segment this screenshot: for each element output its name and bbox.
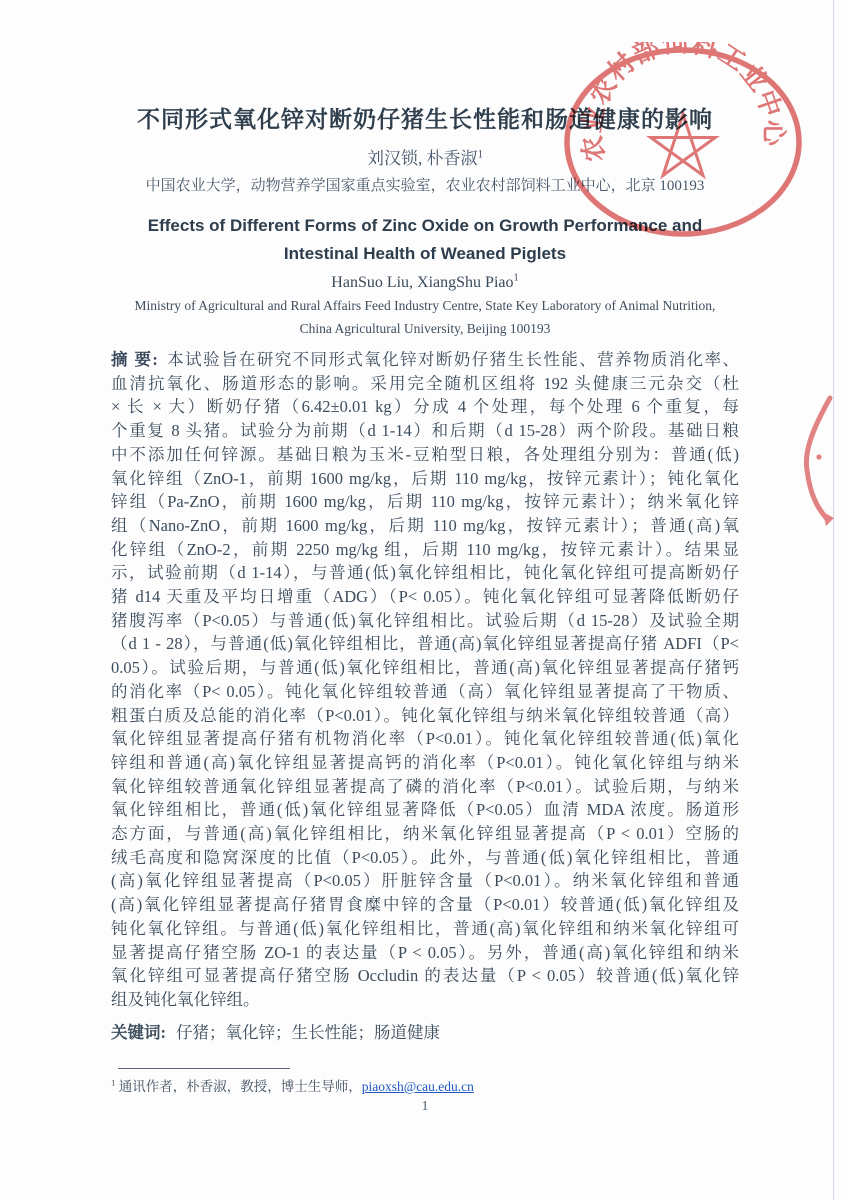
abstract-line: 中不添加任何锌源。基础日粮为玉米-豆粕型日粮，各处理组分别为：普通(低) bbox=[111, 443, 739, 467]
abstract-line: 猪 d14 天重及平均日增重（ADG）（P< 0.05）。钝化氧化锌组可显著降低… bbox=[111, 585, 739, 609]
abstract-line: 氧化锌组可显著提高仔猪空肠 Occludin 的表达量（P < 0.05）较普通… bbox=[111, 964, 739, 988]
authors-zh-superscript: 1 bbox=[477, 148, 483, 160]
keywords-label: 关键词: bbox=[111, 1023, 166, 1042]
abstract-label: 摘 要: bbox=[111, 350, 158, 369]
footnote-divider bbox=[118, 1068, 290, 1069]
abstract-line: 钝化氧化锌组。与普通(低)氧化锌组相比，普通(高)氧化锌组和纳米氧化锌组可 bbox=[111, 917, 739, 941]
abstract-line: × 长 × 大）断奶仔猪（6.42±0.01 kg）分成 4 个处理，每个处理 … bbox=[111, 395, 739, 419]
abstract-body: 血清抗氧化、肠道形态的影响。采用完全随机区组将 192 头健康三元杂交（杜× 长… bbox=[111, 372, 739, 1012]
abstract-first-line: 摘 要:本试验旨在研究不同形式氧化锌对断奶仔猪生长性能、营养物质消化率、 bbox=[111, 348, 739, 372]
stamp-fragment bbox=[790, 390, 848, 530]
paper-title-en-line2: Intestinal Health of Weaned Piglets bbox=[111, 240, 739, 268]
abstract-line: 锌组和普通(高)氧化锌组显著提高钙的消化率（P<0.01）。钝化氧化锌组与纳米 bbox=[111, 751, 739, 775]
abstract-line: 氧化锌组（ZnO-1，前期 1600 mg/kg，后期 110 mg/kg，按锌… bbox=[111, 467, 739, 491]
abstract-line: 粗蛋白质及总能的消化率（P<0.01）。钝化氧化锌组与纳米氧化锌组较普通（高） bbox=[111, 704, 739, 728]
abstract-section: 摘 要:本试验旨在研究不同形式氧化锌对断奶仔猪生长性能、营养物质消化率、 血清抗… bbox=[111, 348, 739, 1012]
affiliation-en-line1: Ministry of Agricultural and Rural Affai… bbox=[111, 294, 739, 317]
page-number: 1 bbox=[111, 1098, 739, 1114]
abstract-line: 锌组（Pa-ZnO，前期 1600 mg/kg，后期 110 mg/kg，按锌元… bbox=[111, 490, 739, 514]
abstract-line: 组（Nano-ZnO，前期 1600 mg/kg，后期 110 mg/kg，按锌… bbox=[111, 514, 739, 538]
footnote-text: 通讯作者，朴香淑，教授，博士生导师， bbox=[119, 1079, 362, 1094]
abstract-line: 组及钝化氧化锌组。 bbox=[111, 988, 739, 1012]
abstract-line: 化锌组（ZnO-2，前期 2250 mg/kg 组，后期 110 mg/kg，按… bbox=[111, 538, 739, 562]
affiliation-en: Ministry of Agricultural and Rural Affai… bbox=[111, 294, 739, 340]
affiliation-en-line2: China Agricultural University, Beijing 1… bbox=[111, 317, 739, 340]
authors-zh: 刘汉锁, 朴香淑1 bbox=[111, 147, 739, 171]
abstract-line: 氧化锌组较普通氧化锌组显著提高了磷的消化率（P<0.01）。试验后期，与纳米 bbox=[111, 775, 739, 799]
stamp-fragment-arc bbox=[806, 398, 830, 520]
authors-en: HanSuo Liu, XiangShu Piao1 bbox=[111, 271, 739, 294]
footnote-marker: 1 bbox=[111, 1077, 115, 1087]
email-link[interactable]: piaoxsh@cau.edu.cn bbox=[362, 1079, 474, 1094]
abstract-line: 氧化锌组相比，普通(低)氧化锌组显著降低（P<0.05）血清 MDA 浓度。肠道… bbox=[111, 798, 739, 822]
abstract-line: 显著提高仔猪空肠 ZO-1 的表达量（P < 0.05）。另外，普通(高)氧化锌… bbox=[111, 941, 739, 965]
keywords-line: 关键词:仔猪；氧化锌；生长性能；肠道健康 bbox=[111, 1021, 739, 1045]
abstract-line: (高)氧化锌组显著提高（P<0.05）肝脏锌含量（P<0.01）。纳米氧化锌组和… bbox=[111, 869, 739, 893]
scan-edge-line bbox=[833, 0, 834, 1200]
paper-title-zh: 不同形式氧化锌对断奶仔猪生长性能和肠道健康的影响 bbox=[111, 102, 739, 138]
authors-en-superscript: 1 bbox=[514, 273, 519, 284]
affiliation-zh: 中国农业大学，动物营养学国家重点实验室，农业农村部饲料工业中心，北京 10019… bbox=[111, 175, 739, 197]
stamp-fragment-dot bbox=[816, 454, 821, 459]
abstract-line: (高)氧化锌组显著提高仔猪胃食糜中锌的含量（P<0.01）较普通(低)氧化锌组及 bbox=[111, 893, 739, 917]
abstract-line: 态方面，与普通(高)氧化锌组相比，纳米氧化锌组显著提高（P < 0.01）空肠的 bbox=[111, 822, 739, 846]
authors-en-names: HanSuo Liu, XiangShu Piao bbox=[331, 274, 513, 291]
abstract-line: 0.05）。试验后期，与普通(低)氧化锌组相比，普通(高)氧化锌组显著提高仔猪钙 bbox=[111, 656, 739, 680]
abstract-line: 氧化锌组显著提高仔猪有机物消化率（P<0.01）。钝化氧化锌组较普通(低)氧化 bbox=[111, 727, 739, 751]
abstract-line: 个重复 8 头猪。试验分为前期（d 1-14）和后期（d 15-28）两个阶段。… bbox=[111, 419, 739, 443]
scanned-paper-page: 不同形式氧化锌对断奶仔猪生长性能和肠道健康的影响 刘汉锁, 朴香淑1 中国农业大… bbox=[0, 0, 848, 1200]
abstract-line: 绒毛高度和隐窝深度的比值（P<0.05）。此外，与普通(低)氧化锌组相比，普通 bbox=[111, 846, 739, 870]
abstract-first-line-text: 本试验旨在研究不同形式氧化锌对断奶仔猪生长性能、营养物质消化率、 bbox=[166, 350, 739, 369]
paper-title-en: Effects of Different Forms of Zinc Oxide… bbox=[111, 212, 739, 268]
paper-title-en-line1: Effects of Different Forms of Zinc Oxide… bbox=[111, 212, 739, 240]
keywords-text: 仔猪；氧化锌；生长性能；肠道健康 bbox=[176, 1023, 440, 1042]
abstract-line: 的消化率（P< 0.05）。钝化氧化锌组较普通（高）氧化锌组显著提高了干物质、 bbox=[111, 680, 739, 704]
page-content: 不同形式氧化锌对断奶仔猪生长性能和肠道健康的影响 刘汉锁, 朴香淑1 中国农业大… bbox=[111, 0, 739, 1114]
abstract-line: 示，试验前期（d 1-14），与普通(低)氧化锌组相比，钝化氧化锌组可提高断奶仔 bbox=[111, 561, 739, 585]
authors-zh-names: 刘汉锁, 朴香淑 bbox=[367, 149, 478, 168]
abstract-line: 血清抗氧化、肠道形态的影响。采用完全随机区组将 192 头健康三元杂交（杜 bbox=[111, 372, 739, 396]
corresponding-author-footnote: 1 通讯作者，朴香淑，教授，博士生导师，piaoxsh@cau.edu.cn bbox=[111, 1077, 739, 1097]
abstract-line: （d 1 - 28），与普通(低)氧化锌组相比，普通(高)氧化锌组显著提高仔猪 … bbox=[111, 632, 739, 656]
abstract-line: 猪腹泻率（P<0.05）与普通(低)氧化锌组相比。试验后期（d 15-28）及试… bbox=[111, 609, 739, 633]
